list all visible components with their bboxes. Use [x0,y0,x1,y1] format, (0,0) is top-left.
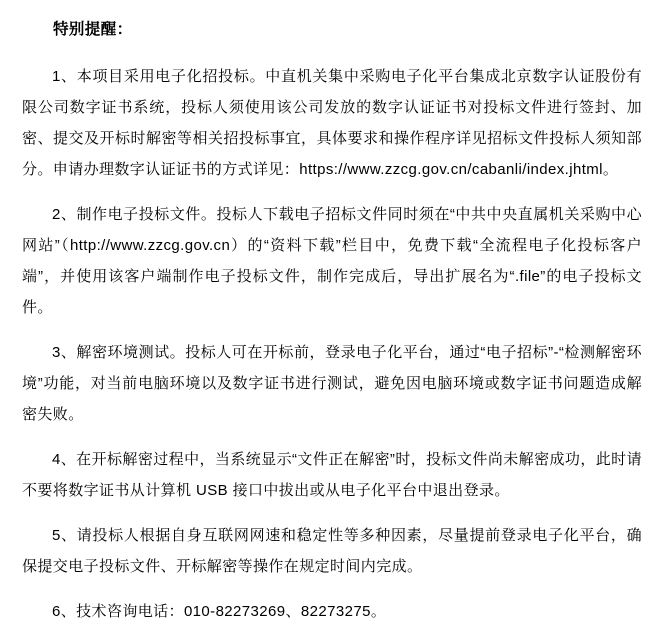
paragraph-6-tech-support-phone: 6、技术咨询电话：010-82273269、82273275。 [22,596,642,625]
page-title: 特别提醒： [22,14,642,45]
paragraph-1-electronic-bidding: 1、本项目采用电子化招投标。中直机关集中采购电子化平台集成北京数字认证股份有限公… [22,61,642,185]
paragraph-5-login-early: 5、请投标人根据自身互联网网速和稳定性等多种因素，尽量提前登录电子化平台，确保提… [22,520,642,582]
paragraph-4-decryption-warning: 4、在开标解密过程中，当系统显示“文件正在解密”时，投标文件尚未解密成功，此时请… [22,444,642,506]
paragraph-2-make-bid-file: 2、制作电子投标文件。投标人下载电子招标文件同时须在“中共中央直属机关采购中心网… [22,199,642,323]
paragraph-3-decryption-env-test: 3、解密环境测试。投标人可在开标前，登录电子化平台，通过“电子招标”-“检测解密… [22,337,642,430]
notice-document: 特别提醒： 1、本项目采用电子化招投标。中直机关集中采购电子化平台集成北京数字认… [0,0,664,625]
